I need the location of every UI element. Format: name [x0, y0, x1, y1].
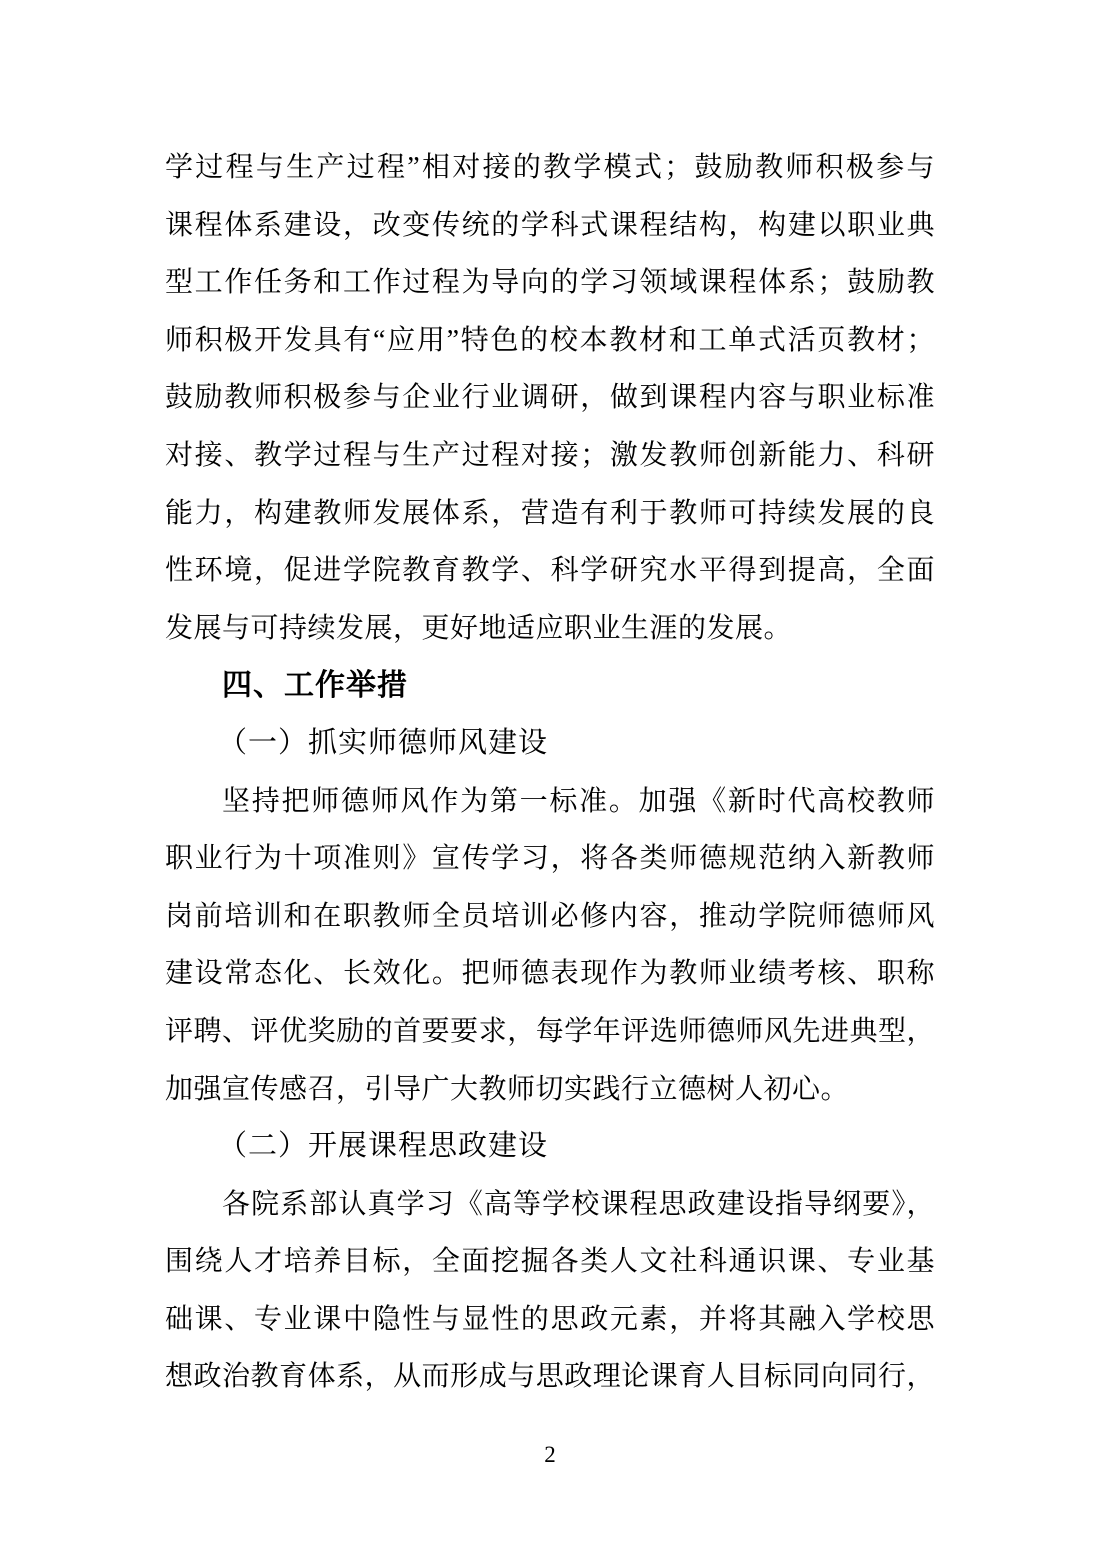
paragraph-end-line: 加强宣传感召，引导广大教师切实践行立德树人初心。	[165, 1061, 935, 1119]
body-line: 课程体系建设，改变传统的学科式课程结构，构建以职业典	[165, 197, 935, 255]
body-line: 鼓励教师积极参与企业行业调研，做到课程内容与职业标准	[165, 369, 935, 427]
section-heading: 四、工作举措	[165, 657, 935, 715]
body-line: 性环境，促进学院教育教学、科学研究水平得到提高，全面	[165, 542, 935, 600]
body-line: 型工作任务和工作过程为导向的学习领域课程体系；鼓励教	[165, 254, 935, 312]
paragraph-start-line: 各院系部认真学习《高等学校课程思政建设指导纲要》，	[165, 1176, 935, 1234]
paragraph-end-line: 发展与可持续发展，更好地适应职业生涯的发展。	[165, 600, 935, 658]
page-number: 2	[165, 1440, 935, 1470]
document-body: 学过程与生产过程”相对接的教学模式；鼓励教师积极参与 课程体系建设，改变传统的学…	[165, 139, 935, 1406]
body-line: 础课、专业课中隐性与显性的思政元素，并将其融入学校思	[165, 1291, 935, 1349]
body-line: 职业行为十项准则》宣传学习，将各类师德规范纳入新教师	[165, 830, 935, 888]
body-line: 想政治教育体系，从而形成与思政理论课育人目标同向同行，	[165, 1348, 935, 1406]
document-page: 学过程与生产过程”相对接的教学模式；鼓励教师积极参与 课程体系建设，改变传统的学…	[0, 0, 1102, 1559]
sub-section-heading: （二）开展课程思政建设	[165, 1118, 935, 1176]
body-line: 能力，构建教师发展体系，营造有利于教师可持续发展的良	[165, 485, 935, 543]
body-line: 对接、教学过程与生产过程对接；激发教师创新能力、科研	[165, 427, 935, 485]
body-line: 师积极开发具有“应用”特色的校本教材和工单式活页教材；	[165, 312, 935, 370]
body-line: 围绕人才培养目标，全面挖掘各类人文社科通识课、专业基	[165, 1233, 935, 1291]
body-line: 岗前培训和在职教师全员培训必修内容，推动学院师德师风	[165, 888, 935, 946]
body-line: 学过程与生产过程”相对接的教学模式；鼓励教师积极参与	[165, 139, 935, 197]
body-line: 评聘、评优奖励的首要要求，每学年评选师德师风先进典型，	[165, 1003, 935, 1061]
body-line: 建设常态化、长效化。把师德表现作为教师业绩考核、职称	[165, 945, 935, 1003]
sub-section-heading: （一）抓实师德师风建设	[165, 715, 935, 773]
paragraph-start-line: 坚持把师德师风作为第一标准。加强《新时代高校教师	[165, 773, 935, 831]
